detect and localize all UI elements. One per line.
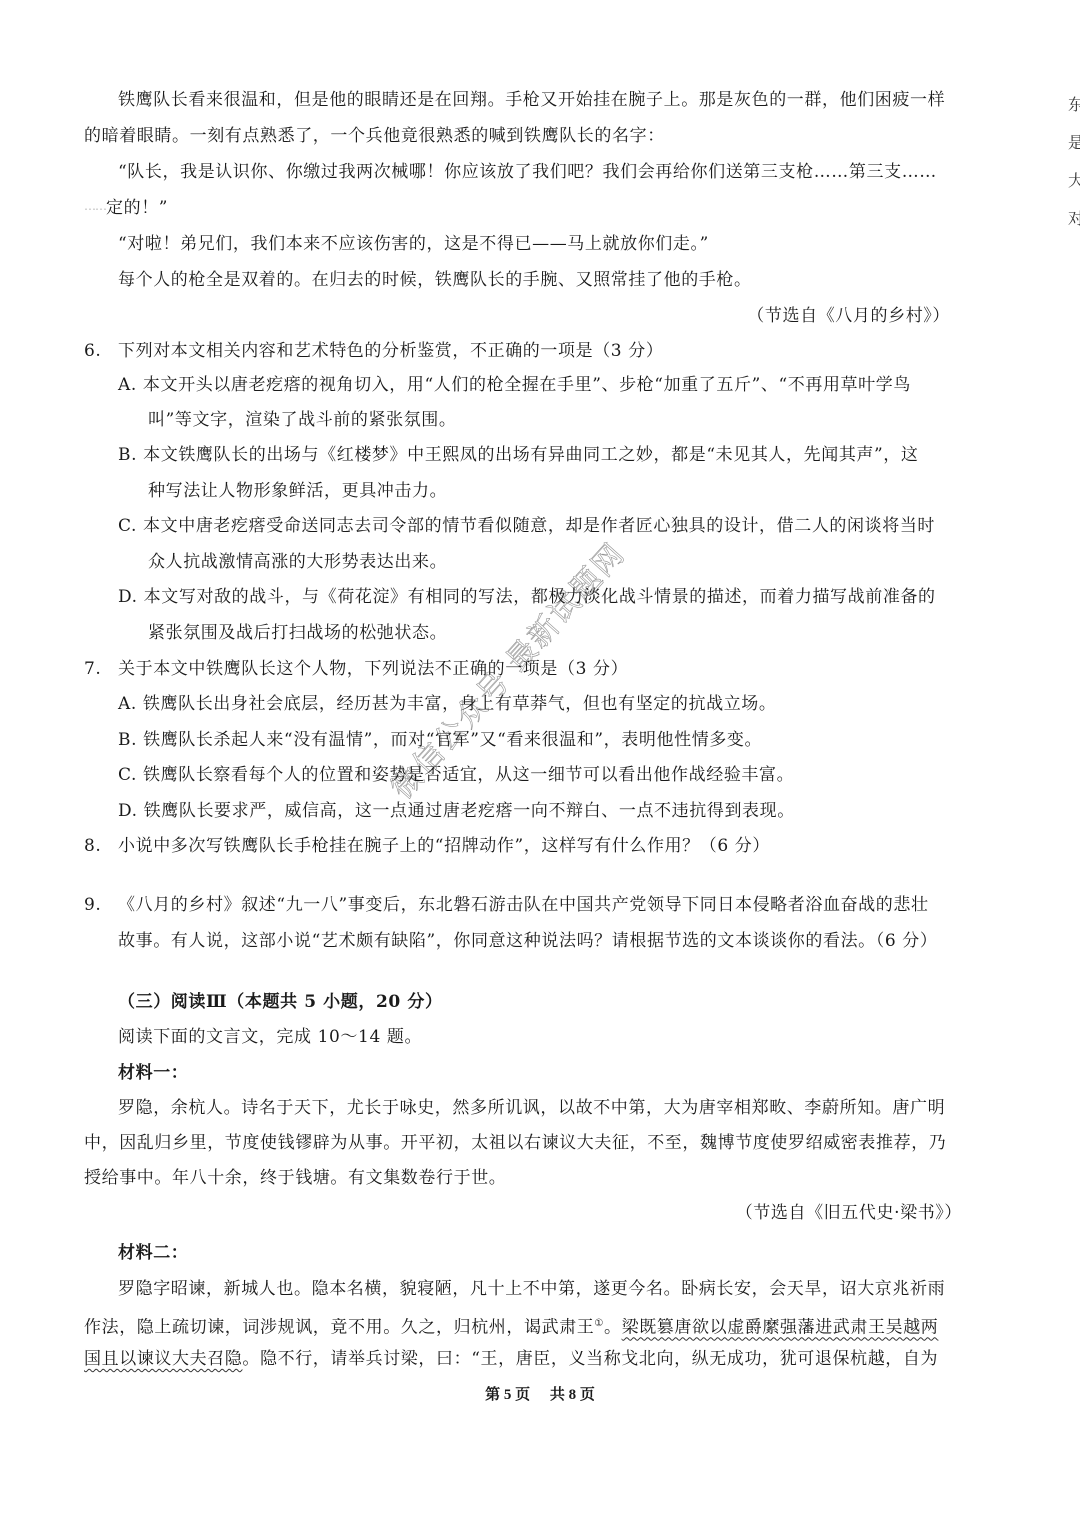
question-stem: 小说中多次写铁鹰队长手枪挂在腕子上的“招牌动作”，这样写有什么作用？（6 分） bbox=[118, 834, 770, 858]
option-label: A. bbox=[118, 694, 137, 714]
option-text: 本文中唐老疙瘩受命送同志去司令部的情节看似随意，却是作者匠心独具的设计，借二人的… bbox=[143, 516, 935, 536]
option-6a-cont: 叫”等文字，渲染了战斗前的紧张氛围。 bbox=[148, 408, 1048, 432]
fragment-char: 大 bbox=[1068, 162, 1080, 200]
question-number: 9. bbox=[84, 893, 101, 917]
underlined-sentence: 国且以谏议大夫召隐 bbox=[84, 1349, 242, 1369]
material-2-text: 。隐不行，请举兵讨梁，曰：“王，唐臣，义当称戈北向，纵无成功，犹可退保杭越，自为 bbox=[242, 1349, 938, 1369]
page-footer: 第 5 页 共 8 页 bbox=[0, 1383, 1080, 1404]
passage-paragraph-continued: ⋯⋯定的！” bbox=[84, 196, 984, 221]
passage-paragraph: 的暗着眼睛。一刻有点熟悉了，一个兵他竟很熟悉的喊到铁鹰队长的名字： bbox=[84, 124, 984, 148]
fragment-char: 是 bbox=[1068, 124, 1080, 162]
material-2-line: 罗隐字昭谏，新城人也。隐本名横，貌寝陋，凡十上不中第，遂更今名。卧病长安，会天旱… bbox=[118, 1277, 1018, 1301]
material-2-line: 国且以谏议大夫召隐。隐不行，请举兵讨梁，曰：“王，唐臣，义当称戈北向，纵无成功，… bbox=[84, 1347, 984, 1371]
option-text: 本文开头以唐老疙瘩的视角切入，用“人们的枪全握在手里”、步枪“加重了五斤”、“不… bbox=[143, 375, 911, 395]
option-6d-cont: 紧张氛围及战后打扫战场的松弛状态。 bbox=[148, 621, 1048, 645]
material-2-line: 作法，隐上疏切谏，词涉规讽，竟不用。久之，归杭州，谒武肃王①。梁既篡唐欲以虚爵縻… bbox=[84, 1312, 984, 1340]
option-text: 铁鹰队长要求严，威信高，这一点通过唐老疙瘩一向不辩白、一点不违抗得到表现。 bbox=[144, 801, 795, 821]
option-6b-cont: 种写法让人物形象鲜活，更具冲击力。 bbox=[148, 479, 1048, 503]
question-number: 7. bbox=[84, 657, 101, 681]
footnote-marker: ① bbox=[594, 1318, 604, 1329]
passage-source: （节选自《八月的乡村》） bbox=[747, 304, 950, 328]
option-label: D. bbox=[118, 801, 138, 821]
material-2-text: 作法，隐上疏切谏，词涉规讽，竟不用。久之，归杭州，谒武肃王 bbox=[84, 1318, 594, 1338]
page-total: 共 8 页 bbox=[550, 1387, 595, 1403]
option-6b: B. 本文铁鹰队长的出场与《红楼梦》中王熙凤的出场有异曲同工之妙，都是“未见其人… bbox=[118, 443, 1018, 467]
underlined-sentence: 梁既篡唐欲以虚爵縻强藩进武肃王吴越两 bbox=[622, 1318, 939, 1338]
adjacent-page-fragment: 东 是 大 对 bbox=[1068, 86, 1080, 238]
option-7a: A. 铁鹰队长出身社会底层，经历甚为丰富，身上有草莽气，但也有坚定的抗战立场。 bbox=[118, 692, 1018, 716]
fragment-char: 东 bbox=[1068, 86, 1080, 124]
material-1-line: 中，因乱归乡里，节度使钱镠辟为从事。开平初，太祖以右谏议大夫征，不至，魏博节度使… bbox=[84, 1131, 984, 1155]
page-number: 第 5 页 bbox=[485, 1387, 530, 1403]
material-1-line: 授给事中。年八十余，终于钱塘。有文集数卷行于世。 bbox=[84, 1166, 984, 1190]
option-label: C. bbox=[118, 765, 137, 785]
option-6c: C. 本文中唐老疙瘩受命送同志去司令部的情节看似随意，却是作者匠心独具的设计，借… bbox=[118, 514, 1018, 538]
material-1-source: （节选自《旧五代史·梁书》） bbox=[736, 1201, 962, 1225]
question-stem: 《八月的乡村》叙述“九一八”事变后，东北磐石游击队在中国共产党领导下同日本侵略者… bbox=[118, 893, 929, 917]
passage-text: 定的！” bbox=[106, 198, 168, 218]
option-7c: C. 铁鹰队长察看每个人的位置和姿势是否适宜，从这一细节可以看出他作战经验丰富。 bbox=[118, 763, 1018, 787]
option-label: B. bbox=[118, 445, 137, 465]
section-heading: （三）阅读Ⅲ（本题共 5 小题，20 分） bbox=[118, 990, 1018, 1014]
option-text: 铁鹰队长察看每个人的位置和姿势是否适宜，从这一细节可以看出他作战经验丰富。 bbox=[143, 765, 794, 785]
material-2-period: 。 bbox=[604, 1318, 622, 1338]
passage-paragraph: “对啦！弟兄们，我们本来不应该伤害的，这是不得已——马上就放你们走。” bbox=[118, 232, 1018, 256]
passage-paragraph: 铁鹰队长看来很温和，但是他的眼睛还是在回翔。手枪又开始挂在腕子上。那是灰色的一群… bbox=[118, 88, 1018, 112]
option-label: B. bbox=[118, 730, 137, 750]
material-1-label: 材料一： bbox=[118, 1061, 1018, 1085]
passage-paragraph: 每个人的枪全是双着的。在归去的时候，铁鹰队长的手腕、又照常挂了他的手枪。 bbox=[118, 268, 1018, 292]
option-6a: A. 本文开头以唐老疙瘩的视角切入，用“人们的枪全握在手里”、步枪“加重了五斤”… bbox=[118, 373, 1018, 397]
option-label: A. bbox=[118, 375, 137, 395]
option-7d: D. 铁鹰队长要求严，威信高，这一点通过唐老疙瘩一向不辩白、一点不违抗得到表现。 bbox=[118, 799, 1018, 823]
option-7b: B. 铁鹰队长杀起人来“没有温情”，而对“官军”又“看来很温和”，表明他性情多变… bbox=[118, 728, 1018, 752]
question-9-cont: 故事。有人说，这部小说“艺术颇有缺陷”，你同意这种说法吗？请根据节选的文本谈谈你… bbox=[118, 929, 1018, 953]
material-2-label: 材料二： bbox=[118, 1241, 1018, 1265]
section-instruction: 阅读下面的文言文，完成 10～14 题。 bbox=[118, 1025, 1018, 1049]
question-stem: 关于本文中铁鹰队长这个人物，下列说法不正确的一项是（3 分） bbox=[118, 657, 628, 681]
material-1-line: 罗隐，余杭人。诗名于天下，尤长于咏史，然多所讥讽，以故不中第，大为唐宰相郑畋、李… bbox=[118, 1096, 1018, 1120]
option-label: D. bbox=[118, 587, 138, 607]
option-text: 本文铁鹰队长的出场与《红楼梦》中王熙凤的出场有异曲同工之妙，都是“未见其人，先闻… bbox=[143, 445, 918, 465]
question-stem: 下列对本文相关内容和艺术特色的分析鉴赏，不正确的一项是（3 分） bbox=[118, 339, 663, 363]
scan-smudge: ⋯⋯ bbox=[84, 202, 106, 216]
question-number: 8. bbox=[84, 834, 101, 858]
option-label: C. bbox=[118, 516, 137, 536]
question-number: 6. bbox=[84, 339, 101, 363]
fragment-char: 对 bbox=[1068, 200, 1080, 238]
passage-paragraph: “队长，我是认识你、你缴过我两次械哪！你应该放了我们吧？我们会再给你们送第三支枪… bbox=[118, 160, 1018, 184]
